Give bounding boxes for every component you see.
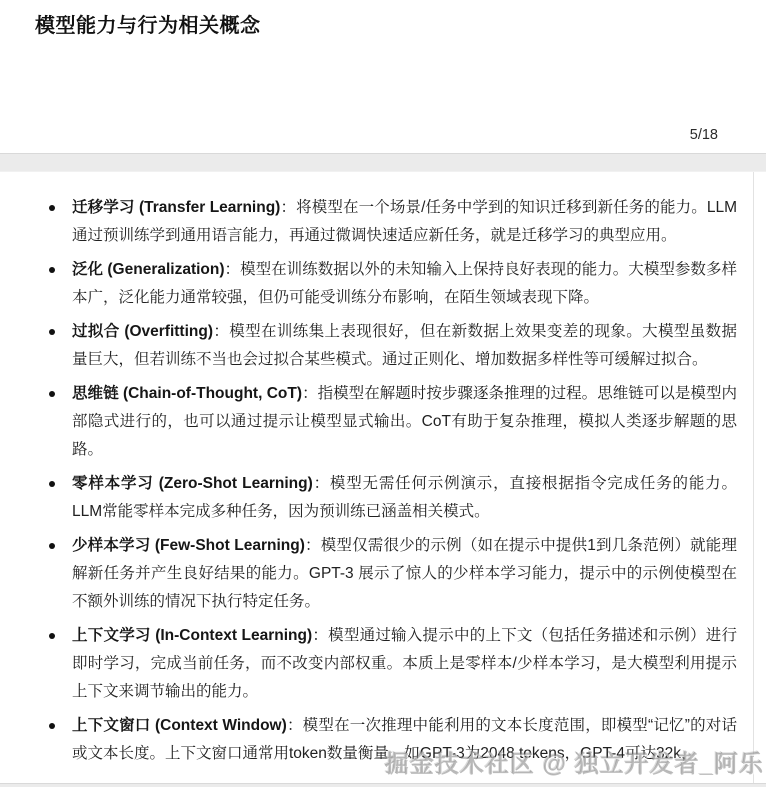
bullet-dot-icon xyxy=(49,543,55,549)
bullet-dot-icon xyxy=(49,633,55,639)
list-item: 少样本学习 (Few-Shot Learning)：模型仅需很少的示例（如在提示… xyxy=(72,532,737,616)
concept-list: 迁移学习 (Transfer Learning)：将模型在一个场景/任务中学到的… xyxy=(0,172,753,768)
page-number: 5/18 xyxy=(690,127,718,143)
list-item: 迁移学习 (Transfer Learning)：将模型在一个场景/任务中学到的… xyxy=(72,194,737,250)
item-separator: ： xyxy=(313,475,330,492)
item-term: 泛化 (Generalization) xyxy=(72,261,225,278)
item-term: 思维链 (Chain-of-Thought, CoT) xyxy=(72,385,302,402)
item-separator: ： xyxy=(305,537,321,554)
item-separator: ： xyxy=(225,261,241,278)
item-term: 过拟合 (Overfitting) xyxy=(72,323,213,340)
list-item: 零样本学习 (Zero-Shot Learning)：模型无需任何示例演示，直接… xyxy=(72,470,737,526)
bullet-dot-icon xyxy=(49,329,55,335)
item-term: 上下文学习 (In-Context Learning) xyxy=(72,627,312,644)
bullet-dot-icon xyxy=(49,723,55,729)
bullet-dot-icon xyxy=(49,267,55,273)
item-separator: ： xyxy=(280,199,296,216)
item-term: 迁移学习 (Transfer Learning) xyxy=(72,199,280,216)
page-separator xyxy=(0,783,766,787)
list-item: 上下文窗口 (Context Window)：模型在一次推理中能利用的文本长度范… xyxy=(72,712,737,768)
item-separator: ： xyxy=(213,323,229,340)
document-viewer: 模型能力与行为相关概念 5/18 迁移学习 (Transfer Learning… xyxy=(0,0,766,787)
page-top-section: 模型能力与行为相关概念 5/18 xyxy=(0,0,766,153)
list-item: 过拟合 (Overfitting)：模型在训练集上表现很好，但在新数据上效果变差… xyxy=(72,318,737,374)
page-title: 模型能力与行为相关概念 xyxy=(35,9,261,38)
list-item: 上下文学习 (In-Context Learning)：模型通过输入提示中的上下… xyxy=(72,622,737,706)
item-term: 少样本学习 (Few-Shot Learning) xyxy=(72,537,305,554)
bullet-dot-icon xyxy=(49,205,55,211)
bullet-dot-icon xyxy=(49,481,55,487)
list-item: 思维链 (Chain-of-Thought, CoT)：指模型在解题时按步骤逐条… xyxy=(72,380,737,464)
page-separator xyxy=(0,153,766,172)
bullet-dot-icon xyxy=(49,391,55,397)
item-separator: ： xyxy=(312,627,328,644)
item-term: 零样本学习 (Zero-Shot Learning) xyxy=(72,475,313,492)
item-separator: ： xyxy=(302,385,318,402)
item-separator: ： xyxy=(287,717,303,734)
page-content-section: 迁移学习 (Transfer Learning)：将模型在一个场景/任务中学到的… xyxy=(0,172,754,783)
list-item: 泛化 (Generalization)：模型在训练数据以外的未知输入上保持良好表… xyxy=(72,256,737,312)
item-term: 上下文窗口 (Context Window) xyxy=(72,717,287,734)
